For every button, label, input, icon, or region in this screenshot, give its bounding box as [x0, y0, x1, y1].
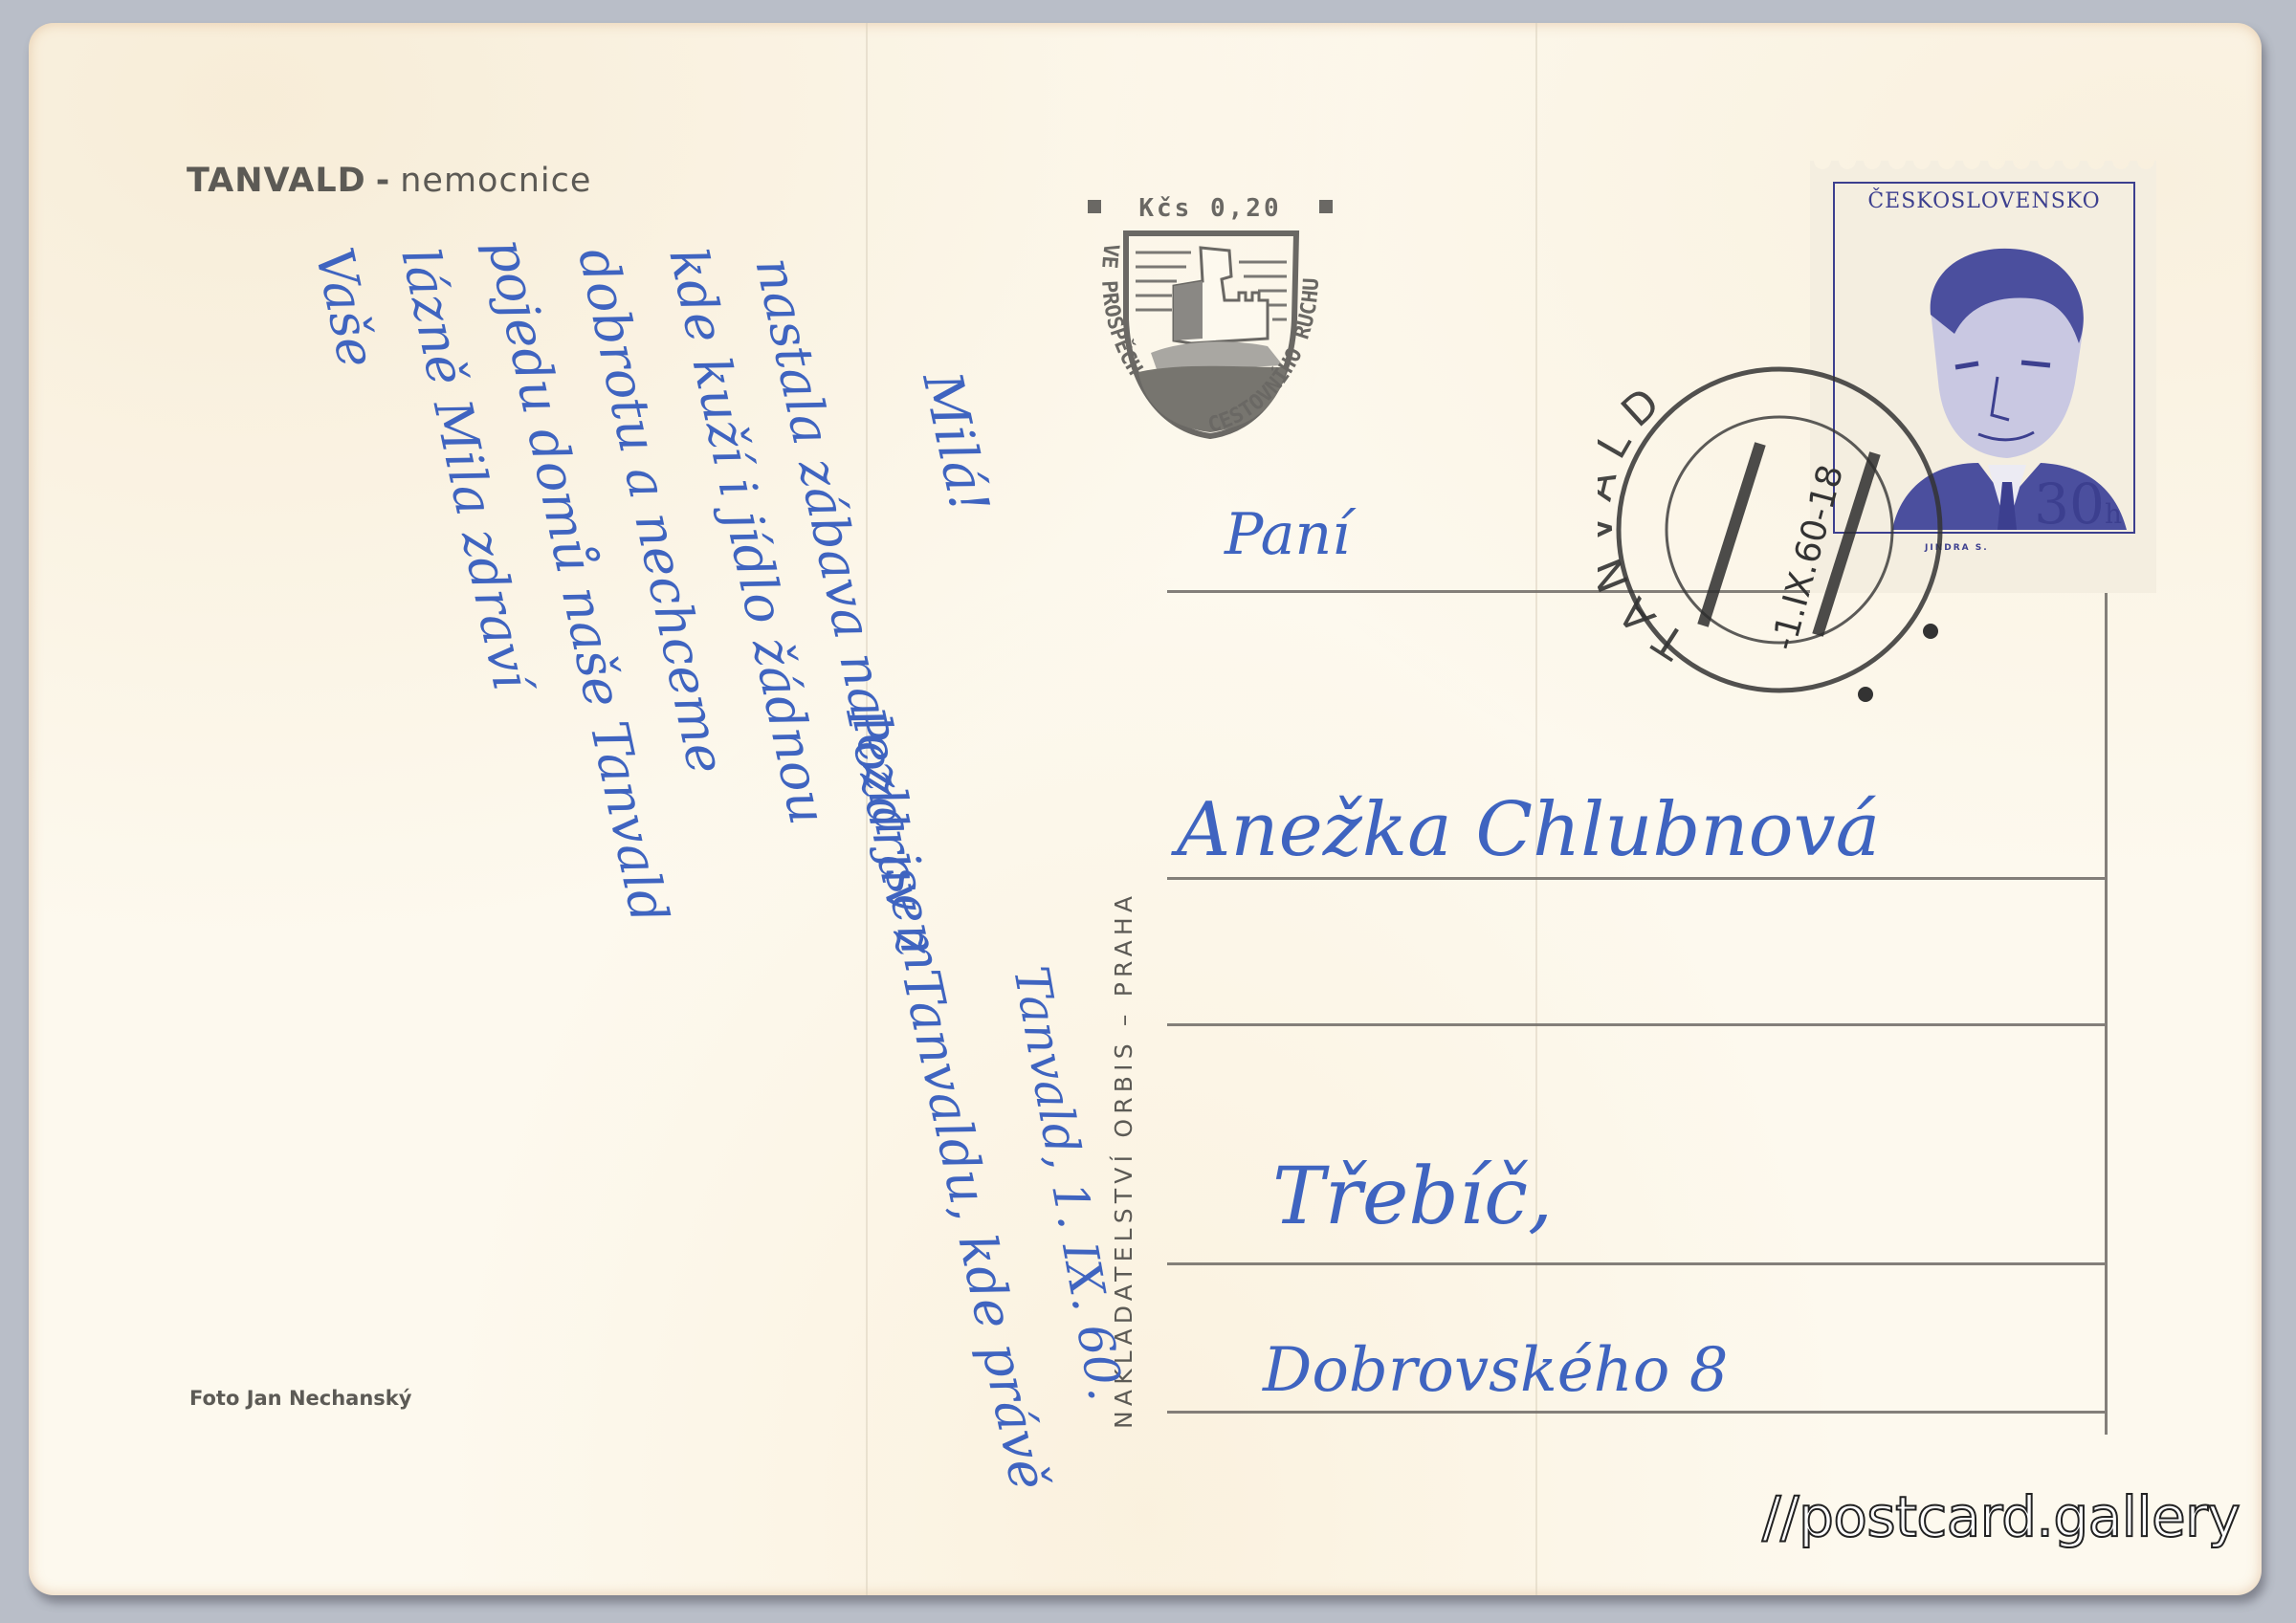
message-line: Vaše [303, 243, 387, 373]
address-box-border [2105, 590, 2108, 1435]
tourism-cachet: Kčs 0,20 VE PROSPĚCH CESTOVNÍHO RUCHU [1067, 176, 1354, 463]
address-line [1167, 877, 2105, 880]
postmark-town: TANVALD [1598, 370, 1694, 669]
address-line [1167, 1262, 2105, 1265]
message-line: lázně Mila zdraví [389, 243, 543, 701]
message-line: Pozdrav z Tanvaldu, kde právě [834, 701, 1059, 1496]
star-ornament-icon [1923, 624, 1938, 639]
fold-crease [866, 23, 868, 1595]
address-line [1167, 1023, 2105, 1026]
caption-city: TANVALD [187, 162, 366, 200]
address-salutation: Paní [1224, 501, 1357, 568]
photo-credit: Foto Jan Nechanský [189, 1387, 411, 1410]
address-line [1167, 1411, 2105, 1414]
caption-separator: - [376, 162, 391, 200]
stamp-country: ČESKOSLOVENSKO [1835, 189, 2133, 213]
stamp-value: 30h [2034, 476, 2122, 532]
greeting-text: Milá! [910, 365, 1001, 518]
square-ornament-icon [1088, 200, 1101, 213]
message-line: dobrotu a nechceme [566, 243, 737, 779]
cachet-price: Kčs 0,20 [1138, 194, 1281, 223]
message-line: pojedu domů naše Tanvald [475, 233, 679, 929]
postcard-back: TANVALD-nemocnice Foto Jan Nechanský NAK… [29, 23, 2262, 1595]
star-ornament-icon [1858, 687, 1873, 702]
site-watermark: //postcard.gallery [1762, 1484, 2240, 1549]
fold-crease [1535, 23, 1537, 1595]
address-name: Anežka Chlubnová [1171, 787, 1880, 873]
address-city: Třebíč, [1272, 1151, 1553, 1242]
address-street: Dobrovského 8 [1262, 1335, 1728, 1406]
square-ornament-icon [1319, 200, 1333, 213]
caption-subject: nemocnice [400, 162, 591, 200]
postmark-cancellation: TANVALD -1.IX.60-18 [1598, 348, 1961, 712]
message-line: nastala zábava nalezla jsem [743, 252, 954, 977]
postcard-caption: TANVALD-nemocnice [187, 162, 591, 200]
message-line: kde kuží i jídlo žádnou [657, 243, 838, 830]
publisher-imprint: NAKLADATELSTVÍ ORBIS – PRAHA [1110, 891, 1137, 1429]
